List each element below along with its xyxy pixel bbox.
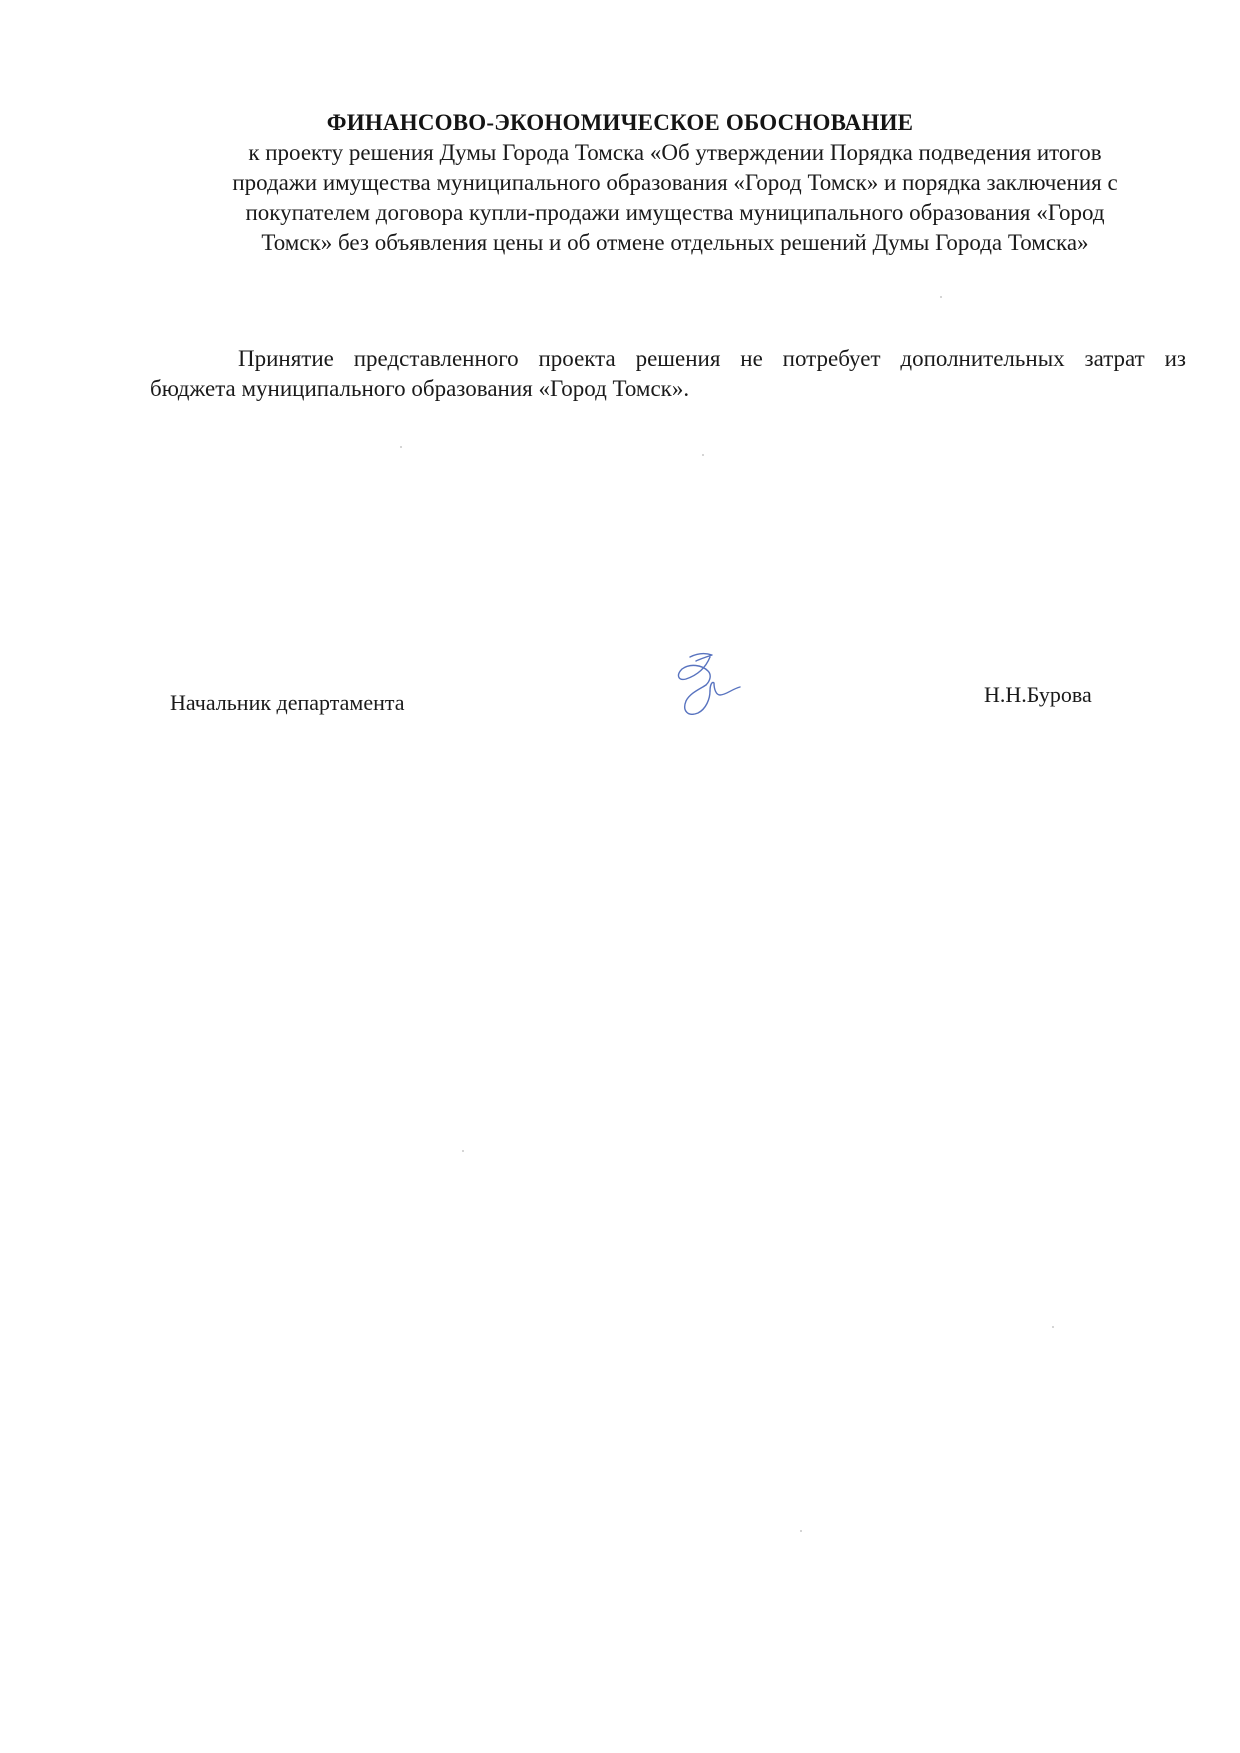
signer-name: Н.Н.Бурова [984, 682, 1092, 708]
document-title: ФИНАНСОВО-ЭКОНОМИЧЕСКОЕ ОБОСНОВАНИЕ [0, 110, 1240, 136]
scan-speck [940, 296, 942, 298]
scan-speck [462, 1150, 464, 1152]
signer-position: Начальник департамента [170, 690, 405, 716]
body-paragraph: Принятие представленного проекта решения… [150, 344, 1186, 404]
scan-speck [400, 446, 402, 448]
body-line: бюджета муниципального образования «Горо… [150, 374, 1186, 404]
scan-speck [702, 454, 704, 456]
subtitle-line: покупателем договора купли-продажи имуще… [160, 198, 1190, 228]
subtitle-line: к проекту решения Думы Города Томска «Об… [160, 138, 1190, 168]
scan-speck [800, 1530, 802, 1532]
scan-speck [1052, 1326, 1054, 1328]
subtitle-line: продажи имущества муниципального образов… [160, 168, 1190, 198]
document-page: ФИНАНСОВО-ЭКОНОМИЧЕСКОЕ ОБОСНОВАНИЕ к пр… [0, 0, 1240, 1753]
document-subtitle: к проекту решения Думы Города Томска «Об… [160, 138, 1190, 258]
handwritten-signature-icon [660, 645, 760, 725]
body-line: Принятие представленного проекта решения… [150, 344, 1186, 374]
subtitle-line: Томск» без объявления цены и об отмене о… [160, 228, 1190, 258]
